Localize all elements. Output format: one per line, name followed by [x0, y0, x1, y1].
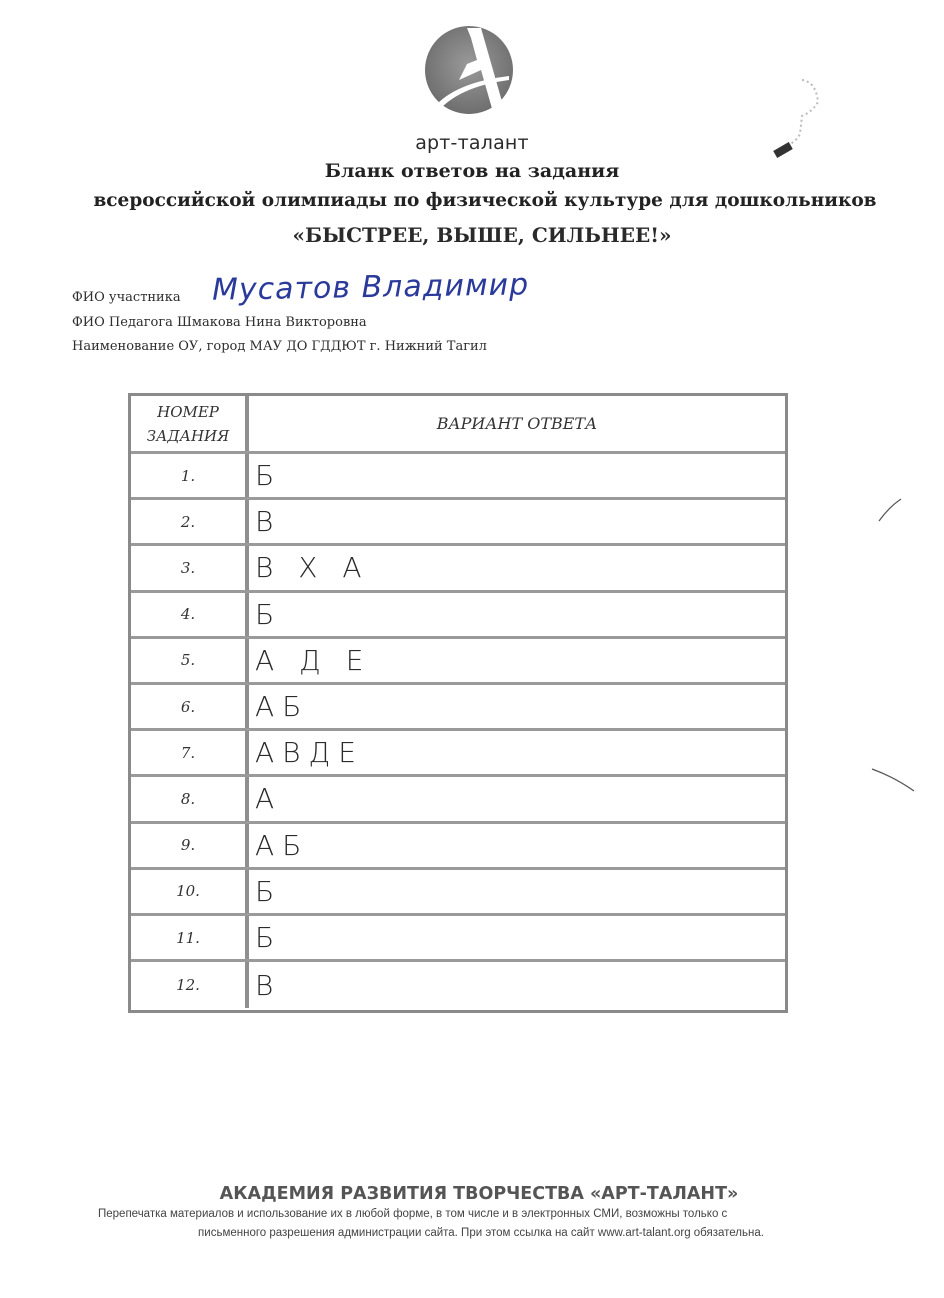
table-header-row: НОМЕР ЗАДАНИЯ ВАРИАНТ ОТВЕТА	[131, 396, 785, 454]
participant-name-handwritten: Мусатов Владимир	[212, 267, 530, 308]
header-answer: ВАРИАНТ ОТВЕТА	[249, 396, 785, 451]
answer-cell[interactable]: Б	[249, 870, 785, 913]
pen-stroke-mark	[870, 765, 920, 795]
olympiad-slogan: «БЫСТРЕЕ, ВЫШЕ, СИЛЬНЕЕ!»	[0, 223, 944, 247]
participant-label: ФИО участника	[72, 290, 181, 305]
answer-cell[interactable]: В Х А	[249, 546, 785, 589]
task-number: 9.	[131, 824, 249, 867]
footer-copyright-note: письменного разрешения администрации сай…	[0, 1227, 944, 1239]
form-subtitle: всероссийской олимпиады по физической ку…	[0, 190, 944, 211]
answer-cell[interactable]: Б	[249, 454, 785, 497]
table-row: 1.Б	[131, 454, 785, 500]
stamp-mark-icon	[772, 72, 832, 172]
task-number: 8.	[131, 777, 249, 820]
answer-cell[interactable]: АБ	[249, 685, 785, 728]
task-number: 5.	[131, 639, 249, 682]
answer-cell[interactable]: А Д Е	[249, 639, 785, 682]
table-row: 3.В Х А	[131, 546, 785, 592]
table-row: 8.А	[131, 777, 785, 823]
task-number: 3.	[131, 546, 249, 589]
school-field: Наименование ОУ, город МАУ ДО ГДДЮТ г. Н…	[72, 339, 487, 354]
table-row: 7.АВДЕ	[131, 731, 785, 777]
header-task-number-line1: НОМЕР	[157, 400, 219, 424]
task-number: 7.	[131, 731, 249, 774]
answer-cell[interactable]: А	[249, 777, 785, 820]
header-task-number-line2: ЗАДАНИЯ	[147, 424, 230, 448]
task-number: 10.	[131, 870, 249, 913]
table-row: 5.А Д Е	[131, 639, 785, 685]
task-number: 6.	[131, 685, 249, 728]
table-row: 9.АБ	[131, 824, 785, 870]
pen-stroke-mark	[875, 495, 905, 525]
answer-cell[interactable]: АБ	[249, 824, 785, 867]
task-number: 1.	[131, 454, 249, 497]
table-row: 6.АБ	[131, 685, 785, 731]
answer-table: НОМЕР ЗАДАНИЯ ВАРИАНТ ОТВЕТА 1.Б2.В3.В Х…	[128, 393, 788, 1013]
table-row: 2.В	[131, 500, 785, 546]
task-number: 4.	[131, 593, 249, 636]
teacher-field: ФИО Педагога Шмакова Нина Викторовна	[72, 315, 367, 330]
task-number: 2.	[131, 500, 249, 543]
task-number: 11.	[131, 916, 249, 959]
header-task-number: НОМЕР ЗАДАНИЯ	[131, 396, 249, 451]
footer-copyright-note: Перепечатка материалов и использование и…	[98, 1208, 727, 1220]
answer-cell[interactable]: В	[249, 962, 785, 1008]
art-talant-logo-icon	[419, 20, 519, 120]
table-row: 10.Б	[131, 870, 785, 916]
footer-academy-title: АКАДЕМИЯ РАЗВИТИЯ ТВОРЧЕСТВА «АРТ-ТАЛАНТ…	[0, 1184, 944, 1204]
answer-cell[interactable]: Б	[249, 916, 785, 959]
answer-cell[interactable]: Б	[249, 593, 785, 636]
table-row: 12.В	[131, 962, 785, 1008]
answer-cell[interactable]: В	[249, 500, 785, 543]
task-number: 12.	[131, 962, 249, 1008]
answer-cell[interactable]: АВДЕ	[249, 731, 785, 774]
table-row: 11.Б	[131, 916, 785, 962]
table-row: 4.Б	[131, 593, 785, 639]
